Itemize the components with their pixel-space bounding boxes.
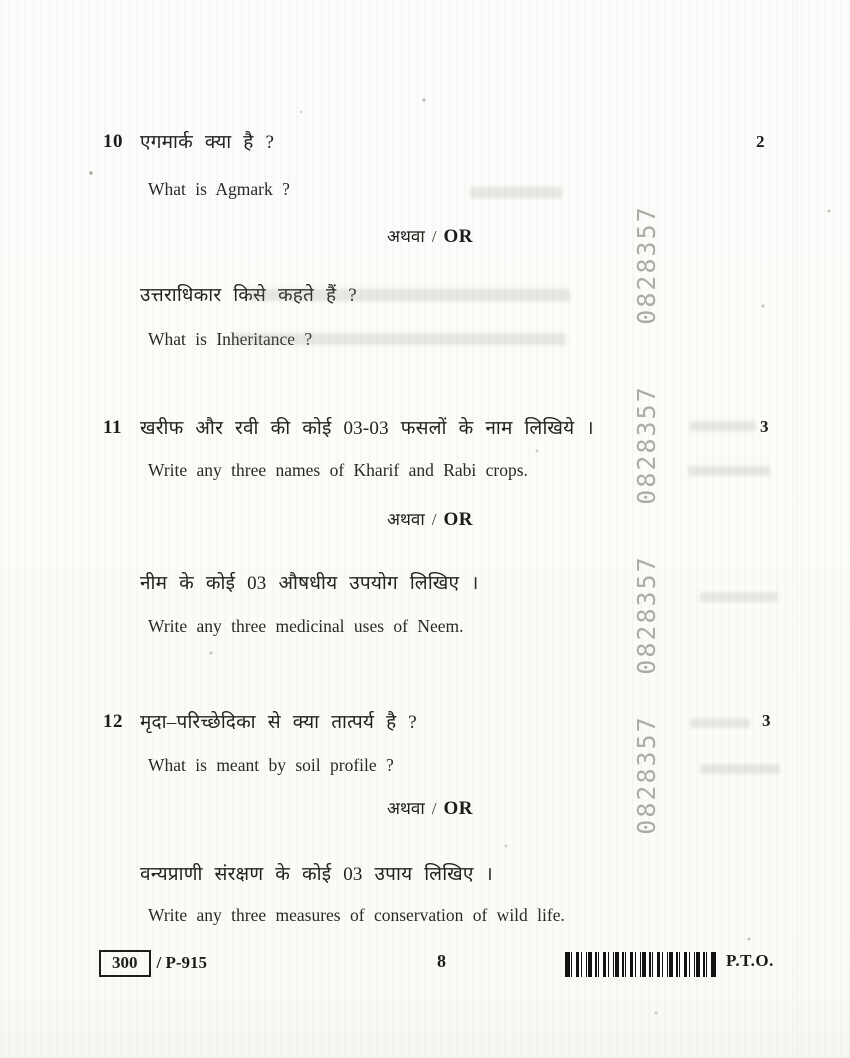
security-number-watermark: 0828357 [632,190,662,340]
question-10-number: 10 [103,131,123,153]
or-hindi-label: अथवा [387,799,425,818]
question-11-alt-english: Write any three medicinal uses of Neem. [148,616,464,637]
or-slash: / [425,799,444,818]
question-10-marks: 2 [756,132,765,152]
question-12-hindi: मृदा–परिच्छेदिका से क्या तात्पर्य है ? [140,708,417,734]
security-number-watermark: 0828357 [632,540,662,690]
scan-noise-specks [0,0,2,2]
or-english-label: OR [443,798,473,819]
question-11-marks: 3 [760,417,769,437]
print-run-box: 300 [99,950,151,977]
question-11-english: Write any three names of Kharif and Rabi… [148,460,528,481]
showthrough-smudge [700,764,780,774]
showthrough-smudge [470,187,562,198]
or-hindi-label: अथवा [387,510,425,529]
footer-left: 300/ P-915 [99,950,207,977]
showthrough-smudge [248,289,570,301]
question-10-hindi: एगमार्क क्या है ? [140,128,274,154]
page-number: 8 [437,951,446,972]
or-hindi-label: अथवा [387,227,425,246]
question-12-number: 12 [103,711,123,733]
showthrough-smudge [690,718,750,728]
showthrough-smudge [232,333,566,345]
question-10-english: What is Agmark ? [148,179,290,200]
question-11-alt-hindi: नीम के कोई 03 औषधीय उपयोग लिखिए । [140,569,479,595]
security-number-watermark: 0828357 [632,700,662,850]
or-slash: / [425,510,444,529]
question-12-marks: 3 [762,711,771,731]
showthrough-smudge [700,592,778,602]
question-12-alt-english: Write any three measures of conservation… [148,905,565,926]
question-11-hindi: खरीफ और रवी की कोई 03-03 फसलों के नाम लि… [140,414,594,440]
question-12-english: What is meant by soil profile ? [148,755,394,776]
pto-label: P.T.O. [726,951,774,971]
showthrough-smudge [688,466,770,476]
or-slash: / [425,227,444,246]
question-11-number: 11 [103,417,122,439]
or-english-label: OR [443,226,473,247]
showthrough-smudge [690,421,756,431]
or-english-label: OR [443,509,473,530]
paper-edge-line [797,0,798,1058]
exam-paper-page: 10 एगमार्क क्या है ? 2 What is Agmark ? … [0,0,850,1058]
barcode-image [565,952,716,977]
security-number-watermark: 0828357 [632,370,662,520]
question-12-alt-hindi: वन्यप्राणी संरक्षण के कोई 03 उपाय लिखिए … [140,860,493,886]
paper-code: / P-915 [157,953,208,972]
